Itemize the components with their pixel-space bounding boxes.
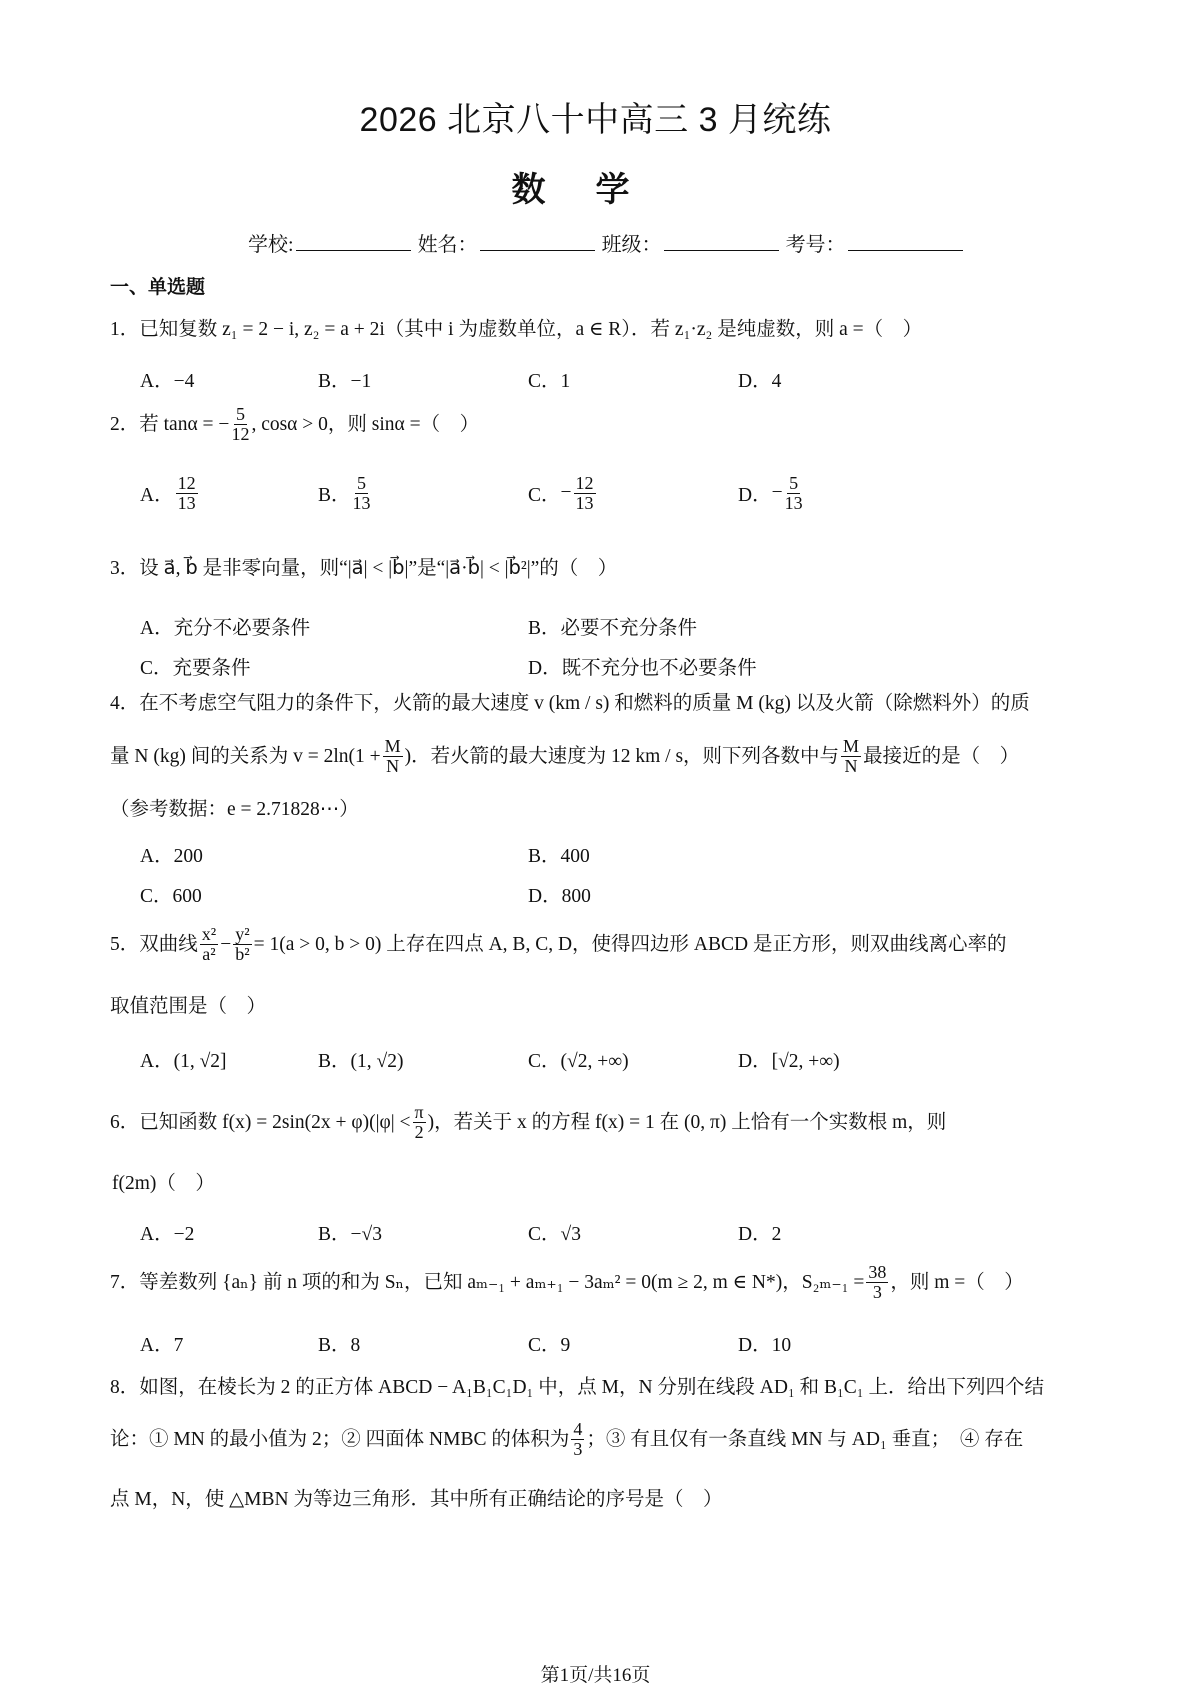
name-blank[interactable] [480,230,595,251]
q1-option-c[interactable]: C．1 [528,365,570,393]
q7-option-a[interactable]: A．7 [140,1329,183,1357]
q6-option-c[interactable]: C．√3 [528,1218,581,1246]
question-text: 设 a⃗, b⃗ 是非零向量，则“|a⃗| < |b⃗|”是“|a⃗·b⃗| <… [139,558,617,579]
q7-option-d[interactable]: D．10 [738,1329,791,1357]
question-4-line2: 量 N (kg) 间的关系为 v = 2ln(1 + MN )．若火箭的最大速度… [110,737,1019,776]
q2-option-a[interactable]: A． 1213 [140,474,200,513]
class-blank[interactable] [664,230,779,251]
school-blank[interactable] [296,230,411,251]
question-number: 5． [110,935,139,955]
question-number: 3． [110,558,139,579]
fraction: y²b² [233,925,251,964]
school-label: 学校: [248,234,294,256]
question-number: 2． [110,415,139,435]
class-label: 班级： [602,234,662,256]
q4-option-c[interactable]: C．600 [140,880,202,908]
question-2: 2． 若 tanα = − 512 , cosα > 0，则 sinα =（ ） [110,405,479,444]
fraction: 512 [231,405,249,444]
q6-option-d[interactable]: D．2 [738,1218,781,1246]
question-number: 1． [110,319,139,340]
q1-option-a[interactable]: A．−4 [140,365,194,393]
q2-option-c[interactable]: C．− 1213 [528,474,598,513]
question-8-line2: 论：① MN 的最小值为 2；② 四面体 NMBC 的体积为 43 ；③ 有且仅… [110,1420,1023,1459]
fraction: x²a² [200,925,218,964]
student-info-row: 学校: 姓名： 班级： 考号： [248,228,965,257]
section-title: 一、单选题 [110,272,205,299]
q3-option-b[interactable]: B．必要不充分条件 [528,612,697,640]
q6-option-b[interactable]: B．−√3 [318,1218,382,1246]
q6-option-a[interactable]: A．−2 [140,1218,194,1246]
q5-option-c[interactable]: C．(√2, +∞) [528,1045,629,1073]
question-text: 已知复数 z₁ = 2 − i, z₂ = a + 2i（其中 i 为虚数单位，… [139,319,922,340]
name-label: 姓名： [418,234,478,256]
question-text-line1: 如图，在棱长为 2 的正方体 ABCD − A₁B₁C₁D₁ 中，点 M，N 分… [139,1377,1044,1398]
fraction: π2 [413,1103,426,1142]
fraction: MN [383,737,403,776]
exam-title: 2026 北京八十中高三 3 月统练 [0,92,1191,141]
q3-option-d[interactable]: D．既不充分也不必要条件 [528,652,757,680]
question-5: 5． 双曲线 x²a² − y²b² = 1(a > 0, b > 0) 上存在… [110,925,1006,964]
exam-number-blank[interactable] [848,230,963,251]
question-number: 4． [110,693,139,714]
question-3: 3．设 a⃗, b⃗ 是非零向量，则“|a⃗| < |b⃗|”是“|a⃗·b⃗|… [110,559,617,579]
question-number: 7． [110,1273,139,1293]
question-4-reference: （参考数据：e = 2.71828⋯） [110,800,359,820]
page-footer: 第1页/共16页 [0,1660,1191,1684]
question-6-line2: f(2m)（ ） [112,1174,215,1194]
question-text-line1: 在不考虑空气阻力的条件下，火箭的最大速度 v (km / s) 和燃料的质量 M… [139,693,1030,714]
q1-option-b[interactable]: B．−1 [318,365,371,393]
fraction: 383 [866,1263,888,1302]
q4-option-b[interactable]: B．400 [528,840,590,868]
exam-number-label: 考号： [786,234,846,256]
q5-option-b[interactable]: B．(1, √2) [318,1045,403,1073]
question-8-line3: 点 M，N，使 △MBN 为等边三角形．其中所有正确结论的序号是（ ） [110,1490,722,1510]
q7-option-b[interactable]: B．8 [318,1329,360,1357]
question-1: 1．已知复数 z₁ = 2 − i, z₂ = a + 2i（其中 i 为虚数单… [110,320,922,340]
question-text-post: , cosα > 0，则 sinα =（ ） [251,415,479,435]
fraction: MN [841,737,861,776]
q3-option-c[interactable]: C．充要条件 [140,652,251,680]
q2-option-d[interactable]: D．− 513 [738,474,805,513]
q3-option-a[interactable]: A．充分不必要条件 [140,612,310,640]
fraction: 43 [571,1420,584,1459]
q1-option-d[interactable]: D．4 [738,365,781,393]
question-text-pre: 若 tanα = − [139,415,229,435]
q5-option-d[interactable]: D．[√2, +∞) [738,1045,840,1073]
question-number: 6． [110,1113,139,1133]
question-5-line2: 取值范围是（ ） [110,997,266,1017]
question-number: 8． [110,1377,139,1398]
question-6: 6． 已知函数 f(x) = 2sin(2x + φ)(|φ| < π2 )，若… [110,1103,946,1142]
subject-title: 数学 [0,162,1191,211]
q5-option-a[interactable]: A．(1, √2] [140,1045,227,1073]
q7-option-c[interactable]: C．9 [528,1329,570,1357]
q4-option-d[interactable]: D．800 [528,880,591,908]
q2-option-b[interactable]: B． 513 [318,474,373,513]
question-7: 7． 等差数列 {aₙ} 前 n 项的和为 Sₙ，已知 aₘ₋₁ + aₘ₊₁ … [110,1263,1024,1302]
question-8: 8．如图，在棱长为 2 的正方体 ABCD − A₁B₁C₁D₁ 中，点 M，N… [110,1378,1044,1398]
question-4: 4．在不考虑空气阻力的条件下，火箭的最大速度 v (km / s) 和燃料的质量… [110,694,1030,714]
q4-option-a[interactable]: A．200 [140,840,203,868]
